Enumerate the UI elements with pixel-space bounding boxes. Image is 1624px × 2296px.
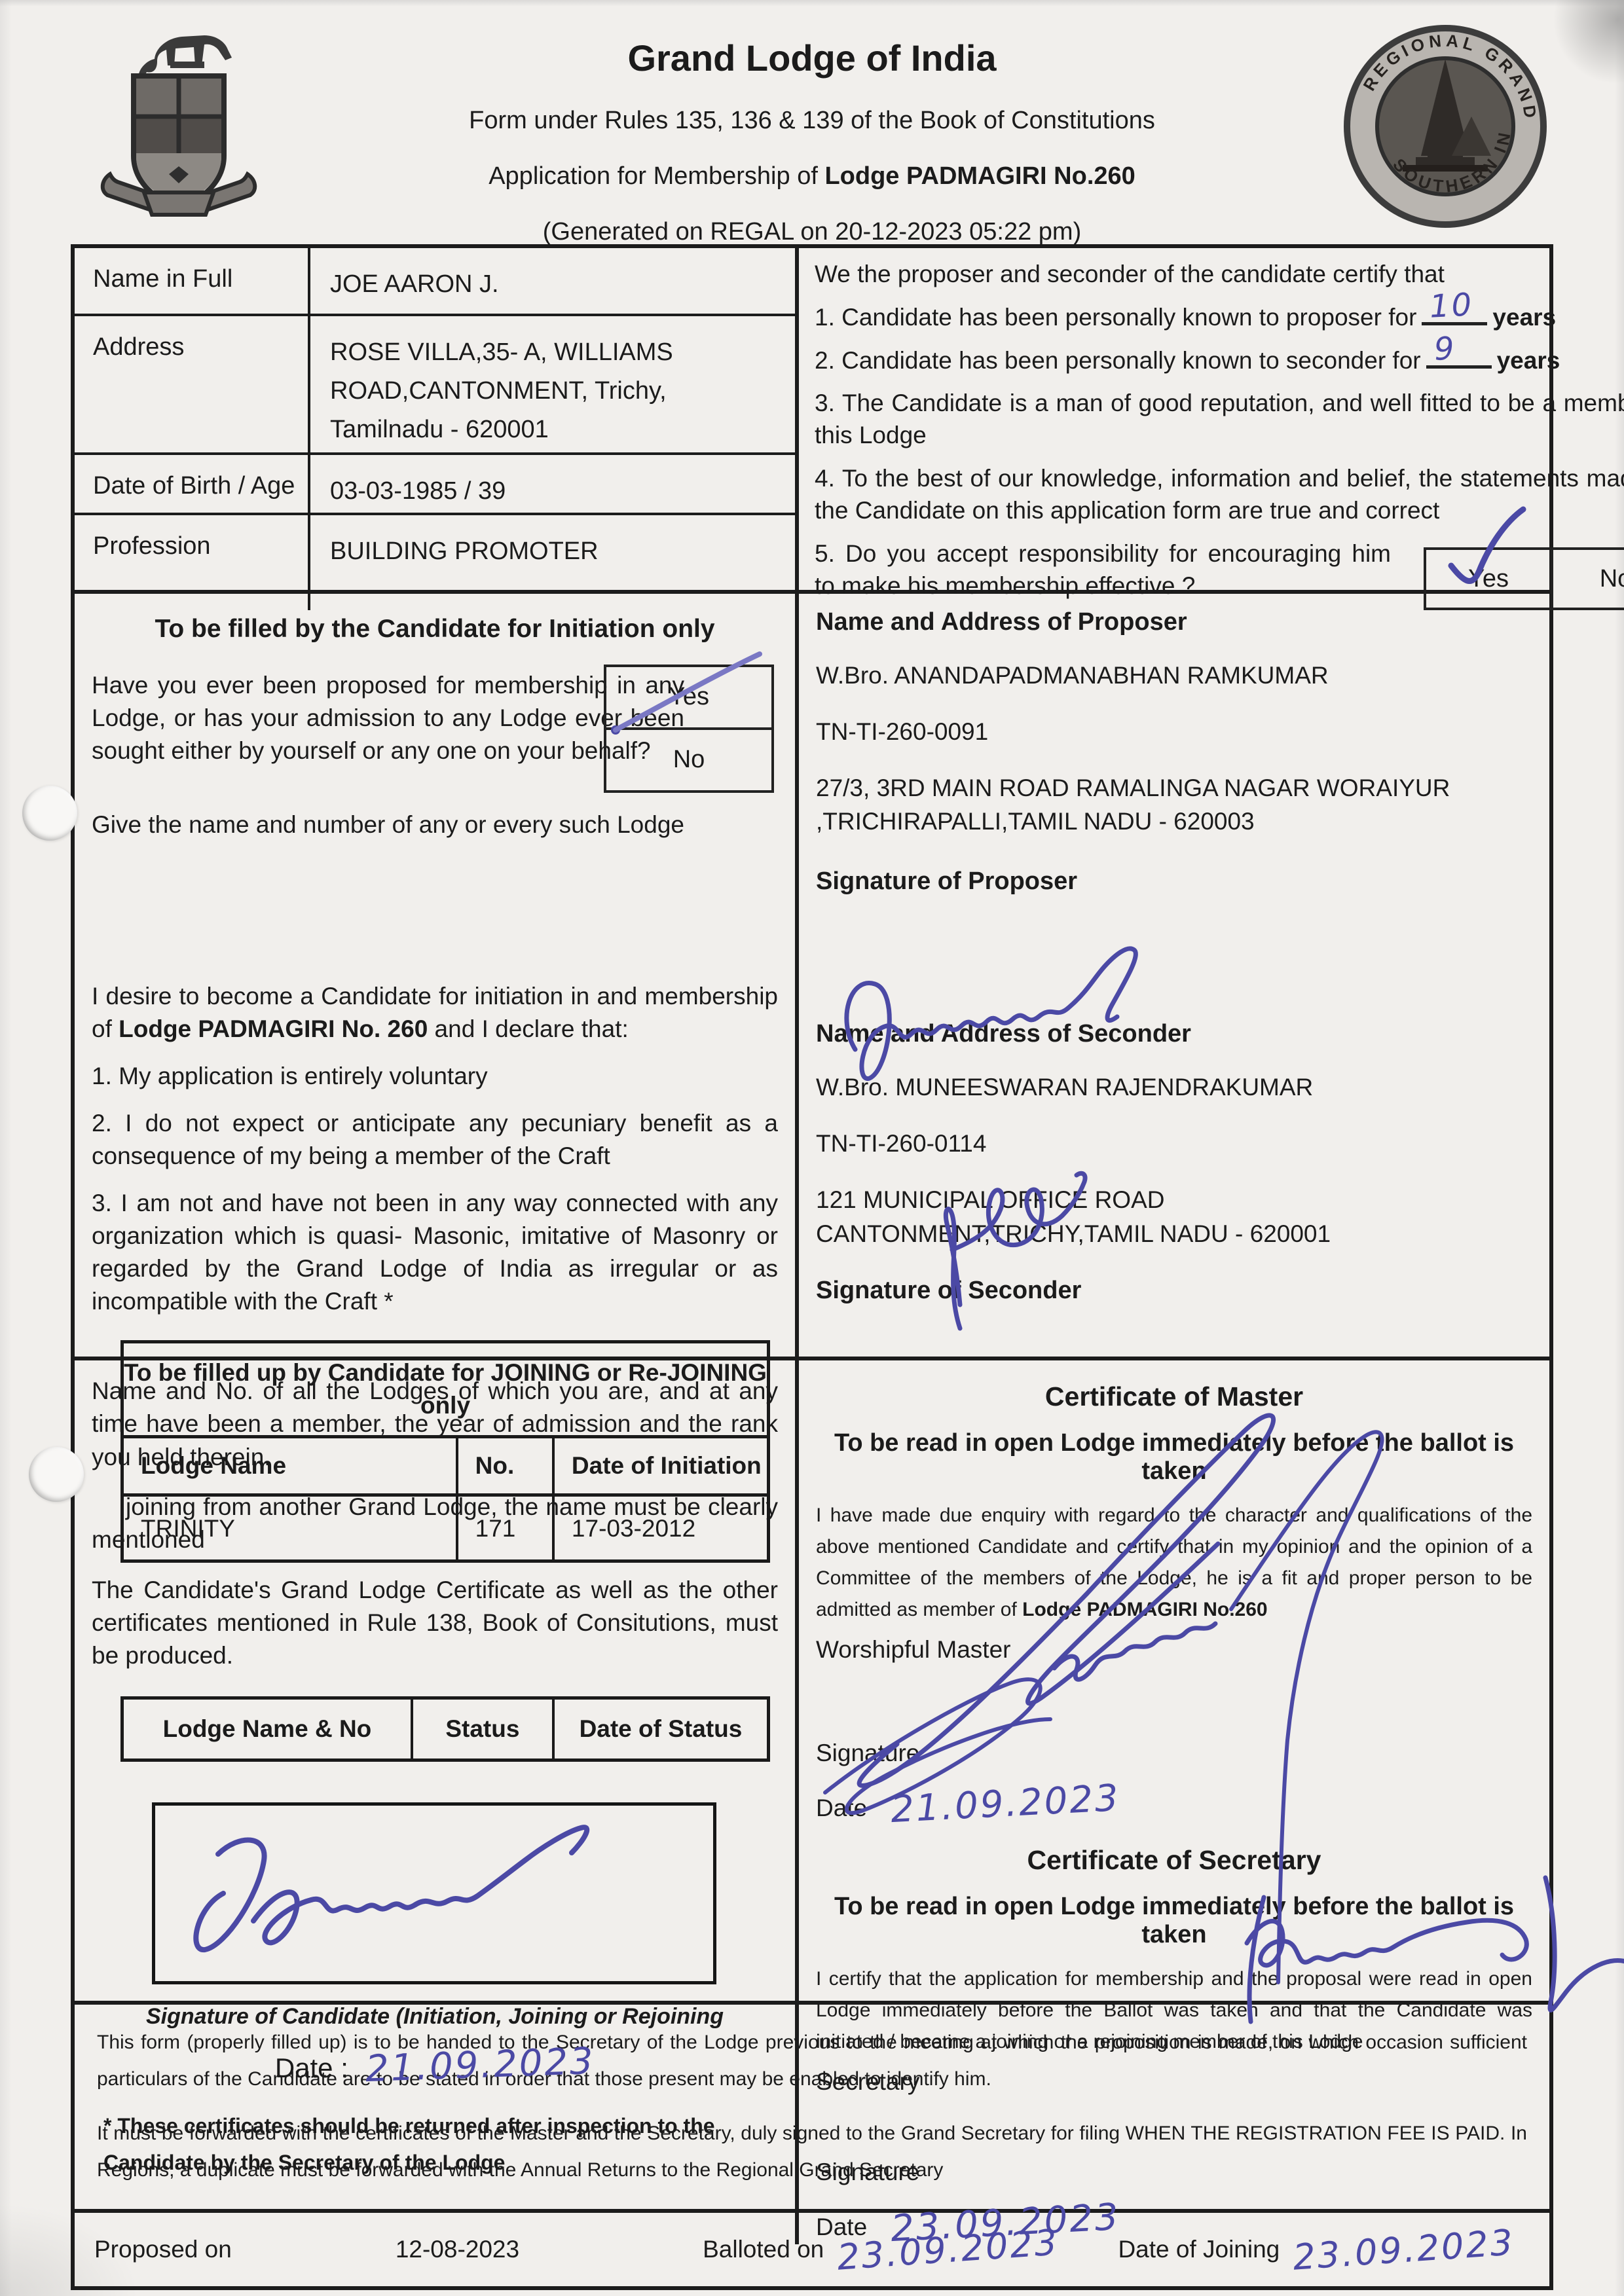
- certify-item-3: 3. The Candidate is a man of good reputa…: [815, 388, 1624, 452]
- master-signature-label: Signature: [816, 1740, 1532, 1767]
- handwritten-master-date: 21.09.2023: [890, 1777, 1122, 1831]
- punch-hole: [22, 786, 77, 841]
- desire-paragraph: I desire to become a Candidate for initi…: [92, 980, 778, 1046]
- column-header: Lodge Name & No: [124, 1700, 413, 1758]
- scanned-form-page: Grand Lodge of India Form under Rules 13…: [0, 0, 1624, 2296]
- table-row: Date of Birth / Age 03-03-1985 / 39: [75, 455, 795, 515]
- lodges-paragraph-1: Name and No. of all the Lodges of which …: [92, 1375, 778, 1474]
- form-body: Name in Full JOE AARON J. Address ROSE V…: [71, 244, 1553, 2290]
- proposer-seconder-certification: We the proposer and seconder of the cand…: [799, 248, 1624, 610]
- column-header: Status: [413, 1700, 555, 1758]
- proposer-address: 27/3, 3RD MAIN ROAD RAMALINGA NAGAR WORA…: [816, 771, 1504, 839]
- give-name-label: Give the name and number of any or every…: [92, 809, 778, 841]
- row-lodges-certificates: Name and No. of all the Lodges of which …: [75, 1360, 1549, 2005]
- proposer-name: W.Bro. ANANDAPADMANABHAN RAMKUMAR: [816, 659, 1532, 693]
- personal-details-table: Name in Full JOE AARON J. Address ROSE V…: [75, 248, 799, 610]
- field-label: Address: [75, 316, 310, 452]
- table-row: Address ROSE VILLA,35- A, WILLIAMS ROAD,…: [75, 316, 795, 455]
- yes-checkmark-ink: [1445, 505, 1530, 604]
- proposer-signature-label: Signature of Proposer: [816, 867, 1532, 896]
- handwritten-candidate-date: 21.09.2023: [364, 2037, 595, 2094]
- field-label: Date of Birth / Age: [75, 455, 310, 513]
- candidate-signature-box: [152, 1802, 716, 1984]
- handwritten-years-proposer: 10: [1429, 285, 1475, 329]
- handwritten-years-seconder: 9: [1433, 328, 1457, 371]
- header-titles: Grand Lodge of India Form under Rules 13…: [287, 18, 1337, 246]
- certificate-secretary-subtitle: To be read in open Lodge immediately bef…: [816, 1893, 1532, 1949]
- years-blank: 9: [1426, 357, 1492, 369]
- yes-cell: Yes: [606, 667, 771, 730]
- certificate-secretary-title: Certificate of Secretary: [816, 1845, 1532, 1876]
- candidate-signature-caption: Signature of Candidate (Initiation, Join…: [92, 2001, 778, 2032]
- proposer-signature: [832, 921, 1172, 1118]
- yes-no-boxes: Yes No: [604, 665, 774, 793]
- header-generated-line: (Generated on REGAL on 20-12-2023 05:22 …: [287, 218, 1337, 246]
- certificates-footnote: * These certificates should be returned …: [103, 2107, 748, 2181]
- seconder-signature: [897, 1111, 1113, 1353]
- lodges-paragraph-2: joining from another Grand Lodge, the na…: [92, 1491, 778, 1557]
- header-line3: Application for Membership of Lodge PADM…: [287, 162, 1337, 191]
- worshipful-master-label: Worshipful Master: [816, 1636, 1532, 1664]
- status-table-header: Lodge Name & No Status Date of Status: [120, 1696, 770, 1762]
- field-value: ROSE VILLA,35- A, WILLIAMS ROAD,CANTONME…: [310, 316, 766, 452]
- header-line2: Form under Rules 135, 136 & 139 of the B…: [287, 107, 1337, 135]
- master-date-line: Date 21.09.2023: [816, 1783, 1532, 1825]
- grand-lodge-crest-icon: [71, 18, 287, 234]
- table-row: Name in Full JOE AARON J.: [75, 248, 795, 316]
- years-blank: 10: [1422, 314, 1487, 325]
- initiation-question: Have you ever been proposed for membersh…: [92, 669, 684, 767]
- declaration-1: 1. My application is entirely voluntary: [92, 1060, 778, 1093]
- secretary-label: Secretary: [816, 2068, 1532, 2096]
- certificate-master-title: Certificate of Master: [816, 1381, 1532, 1412]
- certificate-master-subtitle: To be read in open Lodge immediately bef…: [816, 1429, 1532, 1485]
- regional-grand-lodge-seal-icon: REGIONAL GRAND LODGE SOUTHERN INDIA: [1337, 18, 1553, 234]
- no-cell: No: [606, 730, 771, 790]
- lodge-name: Lodge PADMAGIRI No.260: [824, 162, 1135, 190]
- lodges-paragraph-3: The Candidate's Grand Lodge Certificate …: [92, 1574, 778, 1673]
- certificate-secretary-body: I certify that the application for membe…: [816, 1963, 1532, 2058]
- form-header: Grand Lodge of India Form under Rules 13…: [71, 18, 1553, 238]
- certificate-master-body: I have made due enquiry with regard to t…: [816, 1500, 1532, 1626]
- field-label: Name in Full: [75, 248, 310, 314]
- declaration-2: 2. I do not expect or anticipate any pec…: [92, 1107, 778, 1173]
- proposer-code: TN-TI-260-0091: [816, 715, 1532, 749]
- yes-slash-ink: [602, 649, 766, 740]
- candidate-signature: [155, 1806, 713, 1981]
- certify-item-2: 2. Candidate has been personally known t…: [815, 345, 1624, 377]
- row-initiation-proposer: To be filled by the Candidate for Initia…: [75, 594, 1549, 1360]
- certify-item-1: 1. Candidate has been personally known t…: [815, 302, 1624, 334]
- page-title: Grand Lodge of India: [287, 37, 1337, 79]
- declaration-3: 3. I am not and have not been in any way…: [92, 1187, 778, 1318]
- no-cell: No: [1553, 550, 1624, 608]
- field-value: JOE AARON J.: [310, 248, 795, 314]
- column-header: Date of Status: [555, 1700, 767, 1758]
- row-personal-certify: Name in Full JOE AARON J. Address ROSE V…: [75, 248, 1549, 594]
- punch-hole: [29, 1447, 84, 1502]
- initiation-heading: To be filled by the Candidate for Initia…: [92, 612, 778, 647]
- certify-intro: We the proposer and seconder of the cand…: [815, 259, 1624, 291]
- lodges-list-section: Name and No. of all the Lodges of which …: [75, 1360, 799, 2244]
- certificates-section: Certificate of Master To be read in open…: [799, 1360, 1549, 2244]
- field-value: 03-03-1985 / 39: [310, 455, 795, 513]
- proposer-heading: Name and Address of Proposer: [816, 608, 1532, 636]
- candidate-date-line: Date : 21.09.2023: [92, 2041, 778, 2090]
- secretary-signature-label: Signature: [816, 2159, 1532, 2186]
